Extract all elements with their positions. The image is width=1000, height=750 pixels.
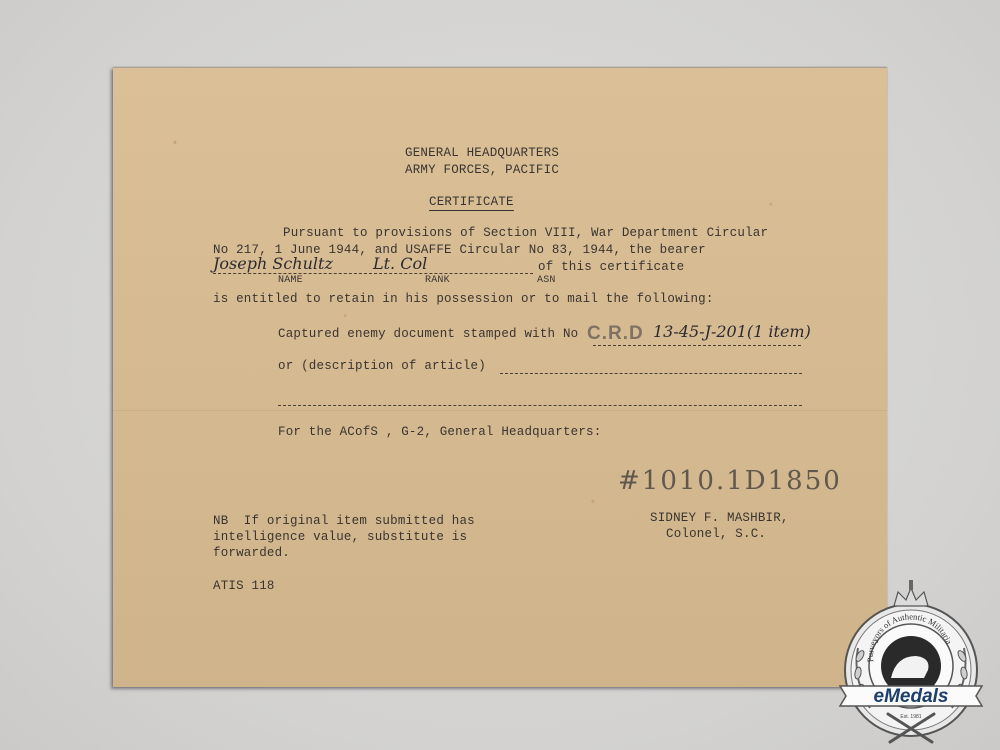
bearer-name: Joseph Schultz bbox=[213, 254, 333, 273]
label-name: NAME bbox=[278, 275, 303, 286]
paragraph-line-3: of this certificate bbox=[538, 260, 684, 274]
certificate-paper: GENERAL HEADQUARTERS ARMY FORCES, PACIFI… bbox=[113, 67, 887, 687]
crd-stamp: C.R.D bbox=[587, 323, 644, 345]
certificate-title: CERTIFICATE bbox=[429, 195, 514, 211]
bearer-line bbox=[213, 273, 533, 274]
nb-line-2: intelligence value, substitute is bbox=[213, 530, 467, 544]
nb-line-1: NB If original item submitted has bbox=[213, 514, 475, 528]
fold-crease bbox=[113, 410, 887, 411]
signature-scrawl: #1010.1D1850 bbox=[618, 466, 842, 496]
header-line-1: GENERAL HEADQUARTERS bbox=[405, 146, 559, 160]
label-rank: RANK bbox=[425, 275, 450, 286]
bearer-rank: Lt. Col bbox=[373, 254, 427, 273]
signer-name: SIDNEY F. MASHBIR, bbox=[650, 511, 789, 525]
signer-title: Colonel, S.C. bbox=[666, 527, 766, 541]
description-label: or (description of article) bbox=[278, 359, 486, 373]
brand-wordmark: eMedals bbox=[874, 686, 949, 707]
header-line-2: ARMY FORCES, PACIFIC bbox=[405, 163, 559, 177]
established-text: Est. 1981 bbox=[900, 714, 921, 720]
description-line-1 bbox=[500, 373, 802, 374]
form-id: ATIS 118 bbox=[213, 579, 275, 593]
paragraph-line-1: Pursuant to provisions of Section VIII, … bbox=[283, 226, 768, 240]
label-asn: ASN bbox=[537, 275, 556, 286]
captured-label: Captured enemy document stamped with No bbox=[278, 327, 578, 341]
description-line-2 bbox=[278, 405, 802, 406]
document-number-line bbox=[593, 345, 801, 346]
emedals-watermark-logo: Purveyors of Authentic Militaria eMedals… bbox=[836, 578, 986, 746]
emedals-badge-icon: Purveyors of Authentic Militaria eMedals… bbox=[836, 578, 986, 746]
document-number: 13-45-J-201(1 item) bbox=[653, 322, 811, 341]
nb-line-3: forwarded. bbox=[213, 546, 290, 560]
for-line: For the ACofS , G-2, General Headquarter… bbox=[278, 425, 601, 439]
entitled-line: is entitled to retain in his possession … bbox=[213, 292, 714, 306]
